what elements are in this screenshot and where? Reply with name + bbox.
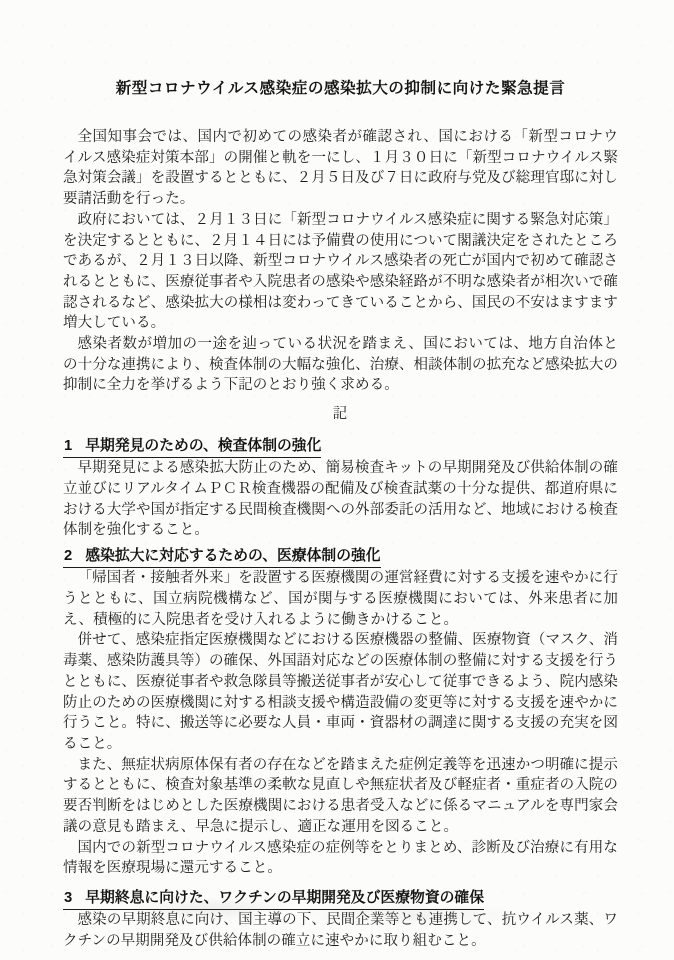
section-1-heading-underline: 1早期発見のための、検査体制の強化 (63, 436, 321, 458)
section-2-paragraph-1: 「帰国者・接触者外来」を設置する医療機関の運営経費に対する支援を速やかに行うとと… (63, 568, 618, 630)
document-content: 新型コロナウイルス感染症の感染拡大の抑制に向けた緊急提言 全国知事会では、国内で… (0, 0, 674, 952)
section-3-paragraph-1: 感染の早期終息に向け、国主導の下、民間企業等とも連携して、抗ウイルス薬、ワクチン… (63, 910, 618, 951)
section-2-paragraph-3: また、無症状病原体保有者の存在などを踏まえた症例定義等を迅速かつ明確に提示すると… (63, 755, 618, 838)
section-1-heading: 1早期発見のための、検査体制の強化 (63, 436, 618, 458)
scanned-document-page: 新型コロナウイルス感染症の感染拡大の抑制に向けた緊急提言 全国知事会では、国内で… (0, 0, 674, 960)
section-1-number: 1 (64, 436, 72, 457)
section-3-number: 3 (64, 888, 72, 909)
section-2: 2感染拡大に対応するための、医療体制の強化 「帰国者・接触者外来」を設置する医療… (63, 546, 618, 879)
intro-paragraph-1: 全国知事会では、国内で初めての感染者が確認され、国における「新型コロナウイルス感… (63, 127, 618, 210)
record-marker: 記 (63, 404, 618, 425)
section-2-heading: 2感染拡大に対応するための、医療体制の強化 (63, 546, 618, 568)
section-2-paragraph-2: 併せて、感染症指定医療機関などにおける医療機器の整備、医療物資（マスク、消毒薬、… (63, 630, 618, 754)
intro-paragraph-2: 政府においては、２月１３日に「新型コロナウイルス感染症に関する緊急対応策」を決定… (63, 210, 618, 334)
section-3: 3早期終息に向けた、ワクチンの早期開発及び医療物資の確保 感染の早期終息に向け、… (63, 888, 618, 952)
section-3-title: 早期終息に向けた、ワクチンの早期開発及び医療物資の確保 (85, 890, 484, 906)
section-1: 1早期発見のための、検査体制の強化 早期発見による感染拡大防止のため、簡易検査キ… (63, 436, 618, 541)
section-3-heading-underline: 3早期終息に向けた、ワクチンの早期開発及び医療物資の確保 (63, 888, 484, 910)
section-2-paragraph-4: 国内での新型コロナウイルス感染症の症例等をとりまとめ、診断及び治療に有用な情報を… (63, 838, 618, 879)
section-3-heading: 3早期終息に向けた、ワクチンの早期開発及び医療物資の確保 (63, 888, 618, 910)
section-1-title: 早期発見のための、検査体制の強化 (85, 438, 321, 454)
section-2-number: 2 (64, 546, 72, 567)
section-2-heading-underline: 2感染拡大に対応するための、医療体制の強化 (63, 546, 381, 568)
document-title: 新型コロナウイルス感染症の感染拡大の抑制に向けた緊急提言 (63, 78, 618, 100)
section-2-title: 感染拡大に対応するための、医療体制の強化 (85, 548, 380, 564)
section-1-paragraph-1: 早期発見による感染拡大防止のため、簡易検査キットの早期開発及び供給体制の確立並び… (63, 458, 618, 541)
intro-paragraph-3: 感染者数が増加の一途を辿っている状況を踏まえ、国においては、地方自治体との十分な… (63, 334, 618, 396)
